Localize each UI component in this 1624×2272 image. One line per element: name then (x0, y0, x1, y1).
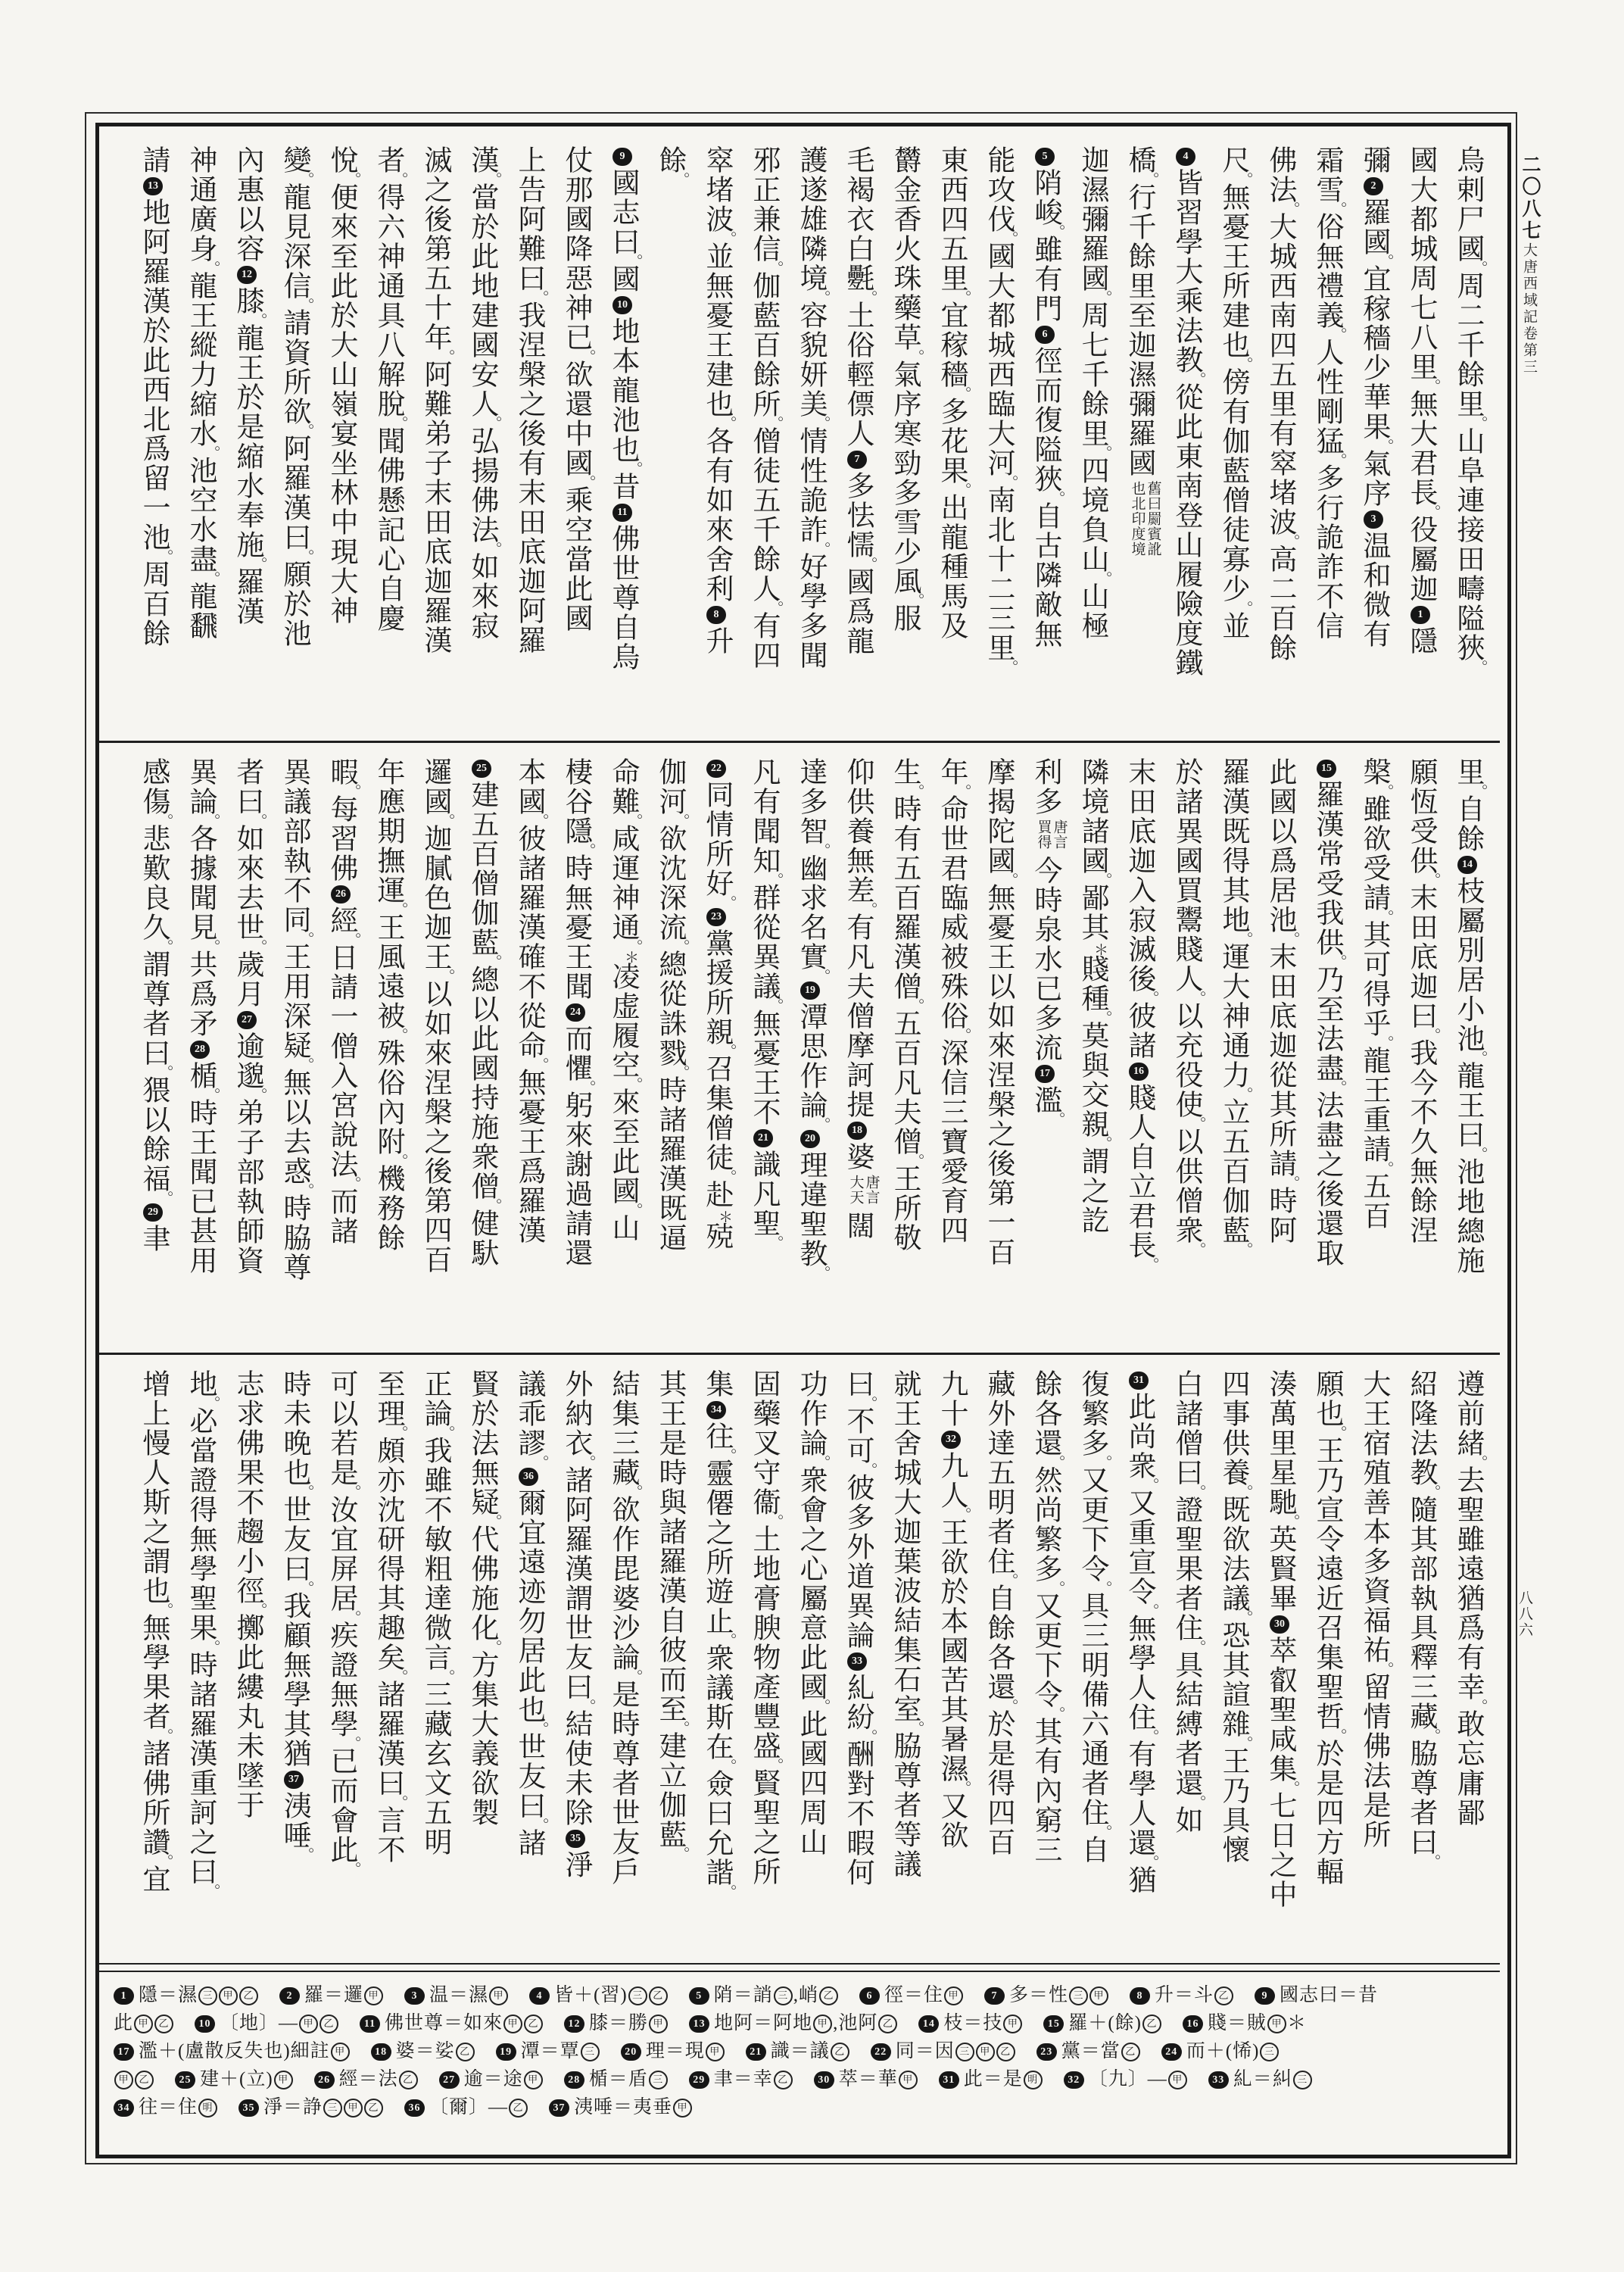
footnote-number: 31 (939, 2071, 959, 2089)
punctuation: 。 (348, 1610, 356, 1618)
edition-siglum: 甲 (503, 2015, 522, 2033)
edition-siglum: 甲 (274, 2071, 293, 2089)
punctuation: 。 (1475, 1699, 1482, 1706)
footnote-number: 24 (1161, 2043, 1182, 2061)
punctuation: 。 (301, 172, 309, 179)
punctuation: 。 (1475, 784, 1482, 791)
punctuation: 。 (771, 1514, 778, 1521)
punctuation: 。 (301, 298, 309, 305)
edition-siglum: 三 (955, 2043, 974, 2061)
punctuation: 。 (630, 254, 637, 261)
footnote-marker: 7 (847, 451, 867, 469)
text-column: 正論。我雖不敏粗達微言。三藏玄文五明 (411, 1369, 458, 1949)
punctuation: 。 (1052, 1706, 1060, 1714)
punctuation: 。 (1428, 1484, 1435, 1492)
footnote-marker: 28 (190, 1041, 210, 1059)
punctuation: 。 (724, 1759, 731, 1766)
punctuation: 。 (536, 1057, 544, 1065)
punctuation: 。 (442, 349, 450, 357)
punctuation: 。 (536, 1818, 544, 1825)
punctuation: 。 (818, 1699, 825, 1706)
edition-siglum: 甲 (976, 2043, 995, 2061)
edition-siglum: 乙 (364, 2099, 383, 2118)
footnote-line: 甲乙25建＋(立)甲26經＝法乙27逾＝途甲28楯＝盾三29聿＝幸乙30萃＝華甲… (114, 2065, 1501, 2093)
punctuation: 。 (207, 571, 215, 579)
text-column: 9國志曰。國10地本龍池也。昔11佛世尊自烏 (599, 145, 646, 726)
text-column: 利多唐言買得今時泉水已多流17濫。 (1021, 757, 1068, 1337)
edition-siglum: 明 (198, 2099, 217, 2118)
footnote-entry: 21識＝議乙 (746, 2037, 850, 2065)
edition-siglum: 乙 (1214, 1986, 1233, 2005)
punctuation: 。 (1334, 1425, 1342, 1433)
text-column: 者。得六神通具八解脫。聞佛懸記心自慶 (364, 145, 411, 726)
footnote-marker: 5 (1035, 148, 1055, 166)
punctuation: 。 (771, 1758, 778, 1765)
punctuation: 。 (1193, 1242, 1201, 1250)
edition-siglum: 乙 (456, 2043, 475, 2061)
text-column: 白諸僧曰。證聖果者住。具結縛者還。如 (1162, 1369, 1209, 1949)
punctuation: 。 (1052, 224, 1060, 232)
punctuation: 。 (1240, 932, 1248, 939)
footnote-marker: 31 (1129, 1372, 1149, 1390)
punctuation: 。 (301, 932, 309, 939)
asterisk-marker: ＊ (1093, 942, 1105, 954)
text-column: 地。必當證得無學聖果。時諸羅漢重訶之曰。 (176, 1369, 223, 1949)
punctuation: 。 (442, 813, 450, 821)
footnote-marker: 16 (1129, 1063, 1149, 1081)
punctuation: 。 (1428, 1728, 1435, 1736)
punctuation: 。 (818, 416, 825, 423)
punctuation: 。 (865, 290, 872, 298)
punctuation: 。 (630, 1203, 637, 1210)
punctuation: 。 (1287, 1175, 1295, 1183)
text-column: 22同情所好。23黨援所親。召集僧徒。赴＊殑 (693, 757, 740, 1337)
footnote-entry: 15羅＋(餘)乙 (1043, 2009, 1162, 2037)
punctuation: 。 (1428, 1028, 1435, 1035)
punctuation: 。 (771, 1235, 778, 1243)
asterisk-marker: ＊ (624, 950, 636, 962)
text-column: 四事供養。既欲法議。恐其諠雜。王乃具懷 (1209, 1369, 1256, 1949)
punctuation: 。 (348, 1736, 356, 1743)
footnote-marker: 10 (613, 296, 632, 314)
punctuation: 。 (912, 998, 919, 1006)
footnote-entry: 7多＝性三甲 (984, 1981, 1109, 2009)
punctuation: 。 (207, 1640, 215, 1647)
text-column: 大王宿殖善本多資福祐。留情佛法是所 (1350, 1369, 1397, 1949)
footnote-number: 1 (114, 1987, 134, 2005)
punctuation: 。 (536, 1455, 544, 1462)
edition-siglum: 乙 (819, 1986, 838, 2005)
punctuation: 。 (865, 1729, 872, 1737)
edition-siglum: 三 (628, 1986, 647, 2005)
interlinear-note: 舊曰罽賓訛也北印度境 (1129, 481, 1161, 564)
punctuation: 。 (583, 1080, 591, 1088)
text-column: 復繁多。又更下令。具三明備六通者住。自 (1068, 1369, 1115, 1949)
punctuation: 。 (207, 939, 215, 947)
text-column: 變。龍見深信。請資所欲。阿羅漢曰。願於池 (270, 145, 317, 726)
text-column: 迦濕彌羅國。周七千餘里。四境負山。山極 (1068, 145, 1115, 726)
footnote-number: 18 (371, 2043, 391, 2061)
punctuation: 。 (771, 998, 778, 1006)
text-column: 漢。當於此地建國安人。弘揚佛法。如來寂 (458, 145, 505, 726)
punctuation: 。 (1240, 1087, 1248, 1094)
text-column: 末田底迦入寂滅後。彼諸16賤人自立君長。 (1115, 757, 1162, 1337)
text-column: 遵前緒。去聖雖遠猶爲有幸。敢忘庸鄙 (1444, 1369, 1491, 1949)
footnote-entry: 4皆＋(習)三乙 (529, 1981, 669, 2009)
footnote-block: 1隱＝濕三甲乙2羅＝邏甲3温＝濕甲4皆＋(習)三乙5陗＝誚三,峭乙6徑＝住甲7多… (114, 1981, 1501, 2121)
text-column: 增上慢人斯之謂也。無學果者。諸佛所讚。宜 (129, 1369, 176, 1949)
footnote-entry: 11佛世尊＝如來甲乙 (360, 2009, 544, 2037)
edition-siglum: 乙 (135, 2071, 154, 2089)
footnote-entry: 8升＝斗乙 (1130, 1981, 1234, 2009)
footnote-number: 2 (279, 1987, 300, 2005)
footnote-divider-upper (99, 1963, 1500, 1965)
punctuation: 。 (724, 416, 731, 423)
punctuation: 。 (1099, 1010, 1107, 1018)
punctuation: 。 (207, 813, 215, 821)
punctuation: 。 (301, 1847, 309, 1855)
punctuation: 。 (912, 1153, 919, 1161)
footnote-line: 此甲乙10〔地〕—甲乙11佛世尊＝如來甲乙12膝＝勝甲13地阿＝阿地甲,池阿乙1… (114, 2009, 1501, 2037)
footnote-number: 5 (689, 1987, 709, 2005)
text-column: 5陗峻。雖有門6徑而復隘狹。自古隣敵無 (1021, 145, 1068, 726)
text-column: 邏國。迦膩色迦王。以如來涅槃之後第四百 (411, 757, 458, 1337)
footnote-number: 9 (1255, 1987, 1275, 2005)
text-column: 志求佛果不趨小徑。擲此縷丸未墜于 (223, 1369, 270, 1949)
footnote-number: 34 (114, 2099, 134, 2117)
punctuation: 。 (1099, 1455, 1107, 1462)
punctuation: 。 (959, 784, 966, 791)
text-column: 固藥叉守衞。土地膏腴物產豐盛。賢聖之所 (740, 1369, 787, 1949)
footnote-line: 34往＝住明35淨＝諍三甲乙36〔爾〕—乙37洟唾＝夷垂甲 (114, 2093, 1501, 2121)
punctuation: 。 (1381, 254, 1389, 261)
edition-siglum: 甲 (364, 1986, 383, 2005)
text-column: 窣堵波。並無憂王建也。各有如來舍利8升 (693, 145, 740, 726)
text-column: 集34往。靈僊之所遊止。衆議斯在。僉曰允諧。 (693, 1369, 740, 1949)
text-column: 東西四五里。宜稼穡。多花果。出龍種馬及 (927, 145, 974, 726)
punctuation: 。 (1240, 357, 1248, 364)
punctuation: 。 (254, 813, 262, 821)
punctuation: 。 (677, 813, 684, 821)
footnote-entry: 10〔地〕—甲乙 (195, 2009, 339, 2037)
punctuation: 。 (207, 1088, 215, 1095)
text-column: 上告阿難曰。我涅槃之後有末田底迦阿羅 (505, 145, 552, 726)
edition-siglum: 乙 (996, 2043, 1015, 2061)
text-column: 藏外達五明者住。自餘各還。於是得四百 (974, 1369, 1021, 1949)
footnote-divider-lower (99, 1971, 1500, 1972)
footnote-marker: 21 (753, 1129, 773, 1147)
punctuation: 。 (161, 1603, 168, 1610)
punctuation: 。 (301, 549, 309, 557)
footnote-entry: 19潭＝覃三 (496, 2037, 600, 2065)
footnote-entry: 30萃＝華甲 (814, 2065, 918, 2093)
taisho-canon-page: { "margin": { "text_no": "二〇八七", "title"… (0, 0, 1624, 2272)
text-column: 棲谷隱。時無憂王聞24而懼。躬來謝過請還 (552, 757, 599, 1337)
footnote-number: 22 (871, 2043, 891, 2061)
footnote-marker: 33 (847, 1653, 867, 1671)
punctuation: 。 (1099, 1824, 1107, 1832)
footnote-entry: 5陗＝誚三,峭乙 (689, 1981, 839, 2009)
text-column: 生。時有五百羅漢僧。五百凡夫僧。王所敬 (881, 757, 927, 1337)
punctuation: 。 (536, 290, 544, 298)
text-column: 此國以爲居池。末田底迦從其所請。時阿 (1256, 757, 1303, 1337)
edition-siglum: 三 (649, 2071, 668, 2089)
footnote-marker: 12 (237, 266, 257, 284)
punctuation: 。 (724, 1884, 731, 1892)
punctuation: 。 (348, 1484, 356, 1492)
footnote-marker: 35 (566, 1830, 585, 1848)
register-divider-1 (99, 741, 1500, 743)
punctuation: 。 (771, 416, 778, 423)
register-divider-2 (99, 1353, 1500, 1355)
footnote-entry: 22同＝因三甲乙 (871, 2037, 1016, 2065)
footnote-entry: 甲乙 (114, 2065, 154, 2093)
punctuation: 。 (395, 416, 403, 423)
punctuation: 。 (489, 954, 497, 962)
footnote-number: 37 (549, 2099, 569, 2117)
footnote-marker: 26 (331, 885, 351, 903)
punctuation: 。 (301, 423, 309, 431)
text-column: 餘各還。然尚繁多。又更下令。其有內窮三 (1021, 1369, 1068, 1949)
edition-siglum: 甲 (813, 2015, 832, 2033)
punctuation: 。 (1240, 601, 1248, 608)
punctuation: 。 (489, 541, 497, 549)
footnote-marker: 11 (613, 504, 632, 522)
punctuation: 。 (161, 549, 168, 557)
edition-siglum: 乙 (1142, 2015, 1161, 2033)
footnote-number: 6 (859, 1987, 880, 2005)
edition-siglum: 甲 (331, 2043, 350, 2061)
footnote-number: 19 (496, 2043, 516, 2061)
footnote-number: 12 (564, 2015, 584, 2033)
punctuation: 。 (818, 1117, 825, 1125)
punctuation: 。 (865, 902, 872, 910)
punctuation: 。 (1005, 1573, 1013, 1581)
punctuation: 。 (959, 1780, 966, 1788)
punctuation: 。 (489, 1514, 497, 1521)
folio-number: 八八六 (1514, 1590, 1535, 1638)
text-column: 烏剌尸國。周二千餘里。山阜連接田疇隘狹。 (1444, 145, 1491, 726)
punctuation: 。 (301, 1581, 309, 1588)
punctuation: 。 (489, 172, 497, 179)
edition-siglum: 乙 (509, 2099, 528, 2118)
punctuation: 。 (1240, 1242, 1248, 1250)
edition-siglum: 甲 (673, 2099, 692, 2118)
punctuation: 。 (1052, 1581, 1060, 1588)
register-middle: 里。自餘14枝屬別居小池。龍王曰。池地總施願恆受供。末田底迦曰。我今不久無餘涅槃… (129, 757, 1491, 1337)
punctuation: 。 (1240, 1736, 1248, 1743)
punctuation: 。 (348, 1176, 356, 1184)
text-column: 護遂雄隣境。容貌妍美。情性詭詐。好學多聞 (787, 145, 834, 726)
footnote-marker: 3 (1364, 510, 1383, 529)
edition-siglum: 乙 (1121, 2043, 1140, 2061)
edition-siglum: 甲 (219, 1986, 238, 2005)
punctuation: 。 (395, 1153, 403, 1161)
text-column: 凡有聞知。群從異議。無憂王不21識凡聖。 (740, 757, 787, 1337)
footnote-marker: 30 (1270, 1615, 1289, 1634)
punctuation: 。 (959, 482, 966, 490)
footnote-entry: 24而＋(悕)三 (1161, 2037, 1280, 2065)
punctuation: 。 (583, 1699, 591, 1706)
text-column: 九十32九人。王欲於本國苦其暑濕。又欲 (927, 1369, 974, 1949)
edition-siglum: 明 (1024, 2071, 1043, 2089)
punctuation: 。 (818, 1266, 825, 1273)
punctuation: 。 (395, 1795, 403, 1802)
punctuation: 。 (1005, 872, 1013, 880)
punctuation: 。 (395, 172, 403, 179)
punctuation: 。 (254, 1088, 262, 1095)
text-column: 4皆習學大乘法教。從此東南登山履險度鐵 (1162, 145, 1209, 726)
text-column: 摩揭陀國。無憂王以如來涅槃之後第一百 (974, 757, 1021, 1337)
punctuation: 。 (442, 969, 450, 976)
punctuation: 。 (771, 601, 778, 608)
footnote-number: 30 (814, 2071, 834, 2089)
punctuation: 。 (724, 895, 731, 903)
punctuation: 。 (489, 416, 497, 423)
footnote-number: 21 (746, 2043, 766, 2061)
footnote-marker: 24 (566, 1003, 585, 1022)
text-column: 者曰。如來去世。歲月27逾邈。弟子部執師資 (223, 757, 270, 1337)
punctuation: 。 (1146, 1855, 1154, 1862)
punctuation: 。 (771, 872, 778, 880)
text-column: 能攻伐。國大都城西臨大河。南北十二三里。 (974, 145, 1021, 726)
punctuation: 。 (1475, 1050, 1482, 1058)
text-column: 毛褐衣白氎。土俗輕僄人7多怯懦。國爲龍 (834, 145, 881, 726)
footnote-entry: 12膝＝勝甲 (564, 2009, 669, 2037)
punctuation: 。 (630, 939, 637, 947)
footnote-number: 10 (195, 2015, 215, 2033)
punctuation: 。 (207, 1396, 215, 1403)
punctuation: 。 (1240, 1610, 1248, 1618)
footnote-marker: 15 (1317, 760, 1336, 778)
footnote-entry: 28楯＝盾三 (564, 2065, 669, 2093)
text-column: 異論。各據聞見。共爲矛28楯。時王聞已甚用 (176, 757, 223, 1337)
text-column: 命難。咸運神通。＊凌虚履空。來至此國。山 (599, 757, 646, 1337)
edition-siglum: 甲 (1168, 2071, 1187, 2089)
punctuation: 。 (724, 1169, 731, 1177)
footnote-marker: 34 (706, 1401, 726, 1419)
punctuation: 。 (677, 1721, 684, 1728)
footnote-marker: 4 (1176, 148, 1195, 166)
text-column: 賢於法無疑。代佛施化。方集大義欲製 (458, 1369, 505, 1949)
punctuation: 。 (959, 1507, 966, 1515)
edition-siglum: 乙 (524, 2015, 543, 2033)
text-column: 願恆受供。末田底迦曰。我今不久無餘涅 (1397, 757, 1444, 1337)
text-column: 神通廣身。龍王縱力縮水。池空水盡。龍飜 (176, 145, 223, 726)
punctuation: 。 (1193, 1640, 1201, 1647)
footnote-marker: 32 (941, 1431, 961, 1449)
punctuation: 。 (1287, 534, 1295, 541)
footnote-entry: 此甲乙 (114, 2009, 174, 2037)
text-column: 15羅漢常受我供。乃至法盡。法盡之後還取 (1303, 757, 1350, 1337)
punctuation: 。 (161, 1065, 168, 1072)
edition-siglum: 乙 (239, 1986, 258, 2005)
punctuation: 。 (1334, 453, 1342, 460)
punctuation: 。 (1240, 1484, 1248, 1492)
punctuation: 。 (1475, 416, 1482, 423)
punctuation: 。 (348, 1862, 356, 1869)
punctuation: 。 (1287, 932, 1295, 939)
footnote-entry: 27逾＝途甲 (439, 2065, 544, 2093)
punctuation: 。 (677, 1846, 684, 1854)
punctuation: 。 (1099, 571, 1107, 579)
punctuation: 。 (395, 902, 403, 910)
footnote-entry: 34往＝住明 (114, 2093, 218, 2121)
punctuation: 。 (1146, 1729, 1154, 1737)
punctuation: 。 (1005, 660, 1013, 667)
punctuation: 。 (254, 313, 262, 320)
text-column: 彌2羅國。宜稼穡少華果。氣序3温和微有 (1350, 145, 1397, 726)
punctuation: 。 (912, 349, 919, 357)
punctuation: 。 (1381, 784, 1389, 791)
edition-siglum: 乙 (154, 2015, 173, 2033)
register-lower: 遵前緒。去聖雖遠猶爲有幸。敢忘庸鄙紹隆法教。隨其部執具釋三藏。脇尊者曰。大王宿殖… (129, 1369, 1491, 1949)
edition-siglum: 乙 (878, 2015, 897, 2033)
footnote-number: 8 (1130, 1987, 1150, 2005)
footnote-entry: 9國志曰＝昔 (1255, 1981, 1378, 2009)
text-column: 紹隆法教。隨其部執具釋三藏。脇尊者曰。 (1397, 1369, 1444, 1949)
text-column: 年。命世君臨威被殊俗。深信三寶愛育四 (927, 757, 974, 1337)
punctuation: 。 (161, 813, 168, 821)
text-column: 仰供養無差。有凡夫僧摩訶提18婆唐言大天闊 (834, 757, 881, 1337)
text-column: 悅。便來至此於大山嶺宴坐林中現大神 (317, 145, 364, 726)
edition-siglum: 甲 (134, 2015, 153, 2033)
footnote-marker: 22 (706, 760, 726, 778)
punctuation: 。 (677, 172, 684, 179)
punctuation: 。 (1475, 261, 1482, 268)
text-column: 里。自餘14枝屬別居小池。龍王曰。池地總施 (1444, 757, 1491, 1337)
text-column: 時未晚也。世友曰。我顧無學其猶37洟唾。 (270, 1369, 317, 1949)
text-column: 仗那國降惡神已。欲還中國。乘空當此國 (552, 145, 599, 726)
punctuation: 。 (348, 172, 356, 179)
punctuation: 。 (1475, 660, 1482, 667)
text-column: 年應期撫運。王風遠被。殊俗內附。機務餘 (364, 757, 411, 1337)
footnote-number: 4 (529, 1987, 550, 2005)
text-column: 羅漢既得其地。運大神通力。立五百伽藍。 (1209, 757, 1256, 1337)
footnote-entry: 33糺＝糾三 (1208, 2065, 1313, 2093)
text-column: 感傷。悲歎良久。謂尊者曰。猥以餘福。29聿 (129, 757, 176, 1337)
punctuation: 。 (1052, 1455, 1060, 1462)
punctuation: 。 (1428, 1854, 1435, 1862)
punctuation: 。 (583, 1455, 591, 1462)
punctuation: 。 (442, 1669, 450, 1677)
footnote-entry: 35淨＝諍三甲乙 (238, 2093, 384, 2121)
text-column: 就王舍城大迦葉波結集石室。脇尊者等議 (881, 1369, 927, 1949)
punctuation: 。 (301, 1484, 309, 1492)
text-column: 議乖謬。36爾宜遠迹勿居此也。世友曰。諸 (505, 1369, 552, 1949)
text-column: 結集三藏。欲作毘婆沙論。是時尊者世友戶 (599, 1369, 646, 1949)
punctuation: 。 (1099, 290, 1107, 298)
text-column: 霜雪。俗無禮義。人性剛猛。多行詭詐不信 (1303, 145, 1350, 726)
footnote-number: 17 (114, 2043, 134, 2061)
punctuation: 。 (865, 557, 872, 564)
footnote-marker: 27 (237, 1011, 257, 1029)
footnote-number: 23 (1036, 2043, 1057, 2061)
footnote-number: 7 (984, 1987, 1005, 2005)
footnote-entry: 31此＝是明 (939, 2065, 1043, 2093)
punctuation: 。 (254, 939, 262, 947)
edition-siglum: 三 (1293, 2071, 1312, 2089)
footnote-number: 16 (1183, 2015, 1203, 2033)
footnote-entry: 37洟唾＝夷垂甲 (549, 2093, 693, 2121)
text-column: 曰。不可。彼多外道異論33糺紛。酬對不暇何 (834, 1369, 881, 1949)
text-column: 國大都城周七八里。無大君長。役屬迦1隱 (1397, 145, 1444, 726)
text-column: 槃。雖欲受請。其可得乎。龍王重請。五百 (1350, 757, 1397, 1337)
punctuation: 。 (207, 445, 215, 453)
punctuation: 。 (959, 290, 966, 298)
edition-siglum: 乙 (831, 2043, 849, 2061)
footnote-number: 14 (918, 2015, 939, 2033)
